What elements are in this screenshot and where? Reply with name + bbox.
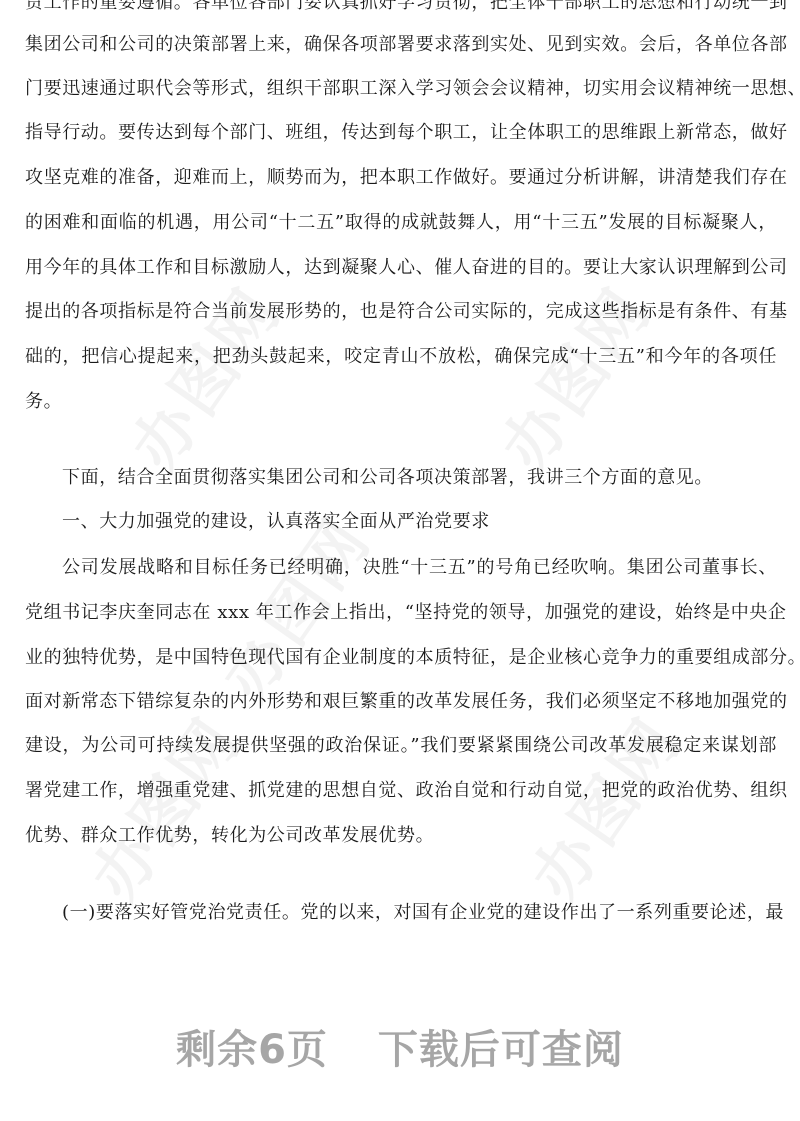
text-line: 的困难和面临的机遇，用公司“十二五”取得的成就鼓舞人，用“十三五”发展的目标凝聚… bbox=[25, 211, 777, 235]
text-line: 一、大力加强党的建设，认真落实全面从严治党要求 bbox=[62, 510, 777, 534]
text-line: 优势、群众工作优势，转化为公司改革发展优势。 bbox=[25, 824, 777, 848]
text-line: 础的，把信心提起来，把劲头鼓起来，咬定青山不放松，确保完成“十三五”和今年的各项… bbox=[25, 345, 777, 369]
text-line: 下面，结合全面贯彻落实集团公司和公司各项决策部署，我讲三个方面的意见。 bbox=[62, 466, 777, 490]
watermark: 办图网 bbox=[66, 696, 258, 916]
remaining-pages-label: 剩余6页 bbox=[176, 1018, 328, 1075]
text-line: 提出的各项指标是符合当前发展形势的，也是符合公司实际的，完成这些指标是有条件、有… bbox=[25, 300, 777, 324]
paywall-message[interactable]: 剩余6页下载后可查阅 bbox=[0, 1018, 800, 1075]
text-line: 贯工作的重要遵循。各单位各部门要认真抓好学习贯彻，把全体干部职工的思想和行动统一… bbox=[25, 0, 777, 15]
watermark: 办图网 bbox=[506, 696, 698, 916]
text-line: 业的独特优势，是中国特色现代国有企业制度的本质特征，是企业核心竞争力的重要组成部… bbox=[25, 646, 777, 670]
text-line: 建设，为公司可持续发展提供坚强的政治保证。”我们要紧紧围绕公司改革发展稳定来谋划… bbox=[25, 734, 777, 758]
text-line: 指导行动。要传达到每个部门、班组，传达到每个职工，让全体职工的思维跟上新常态，做… bbox=[25, 121, 777, 145]
text-line: 党组书记李庆奎同志在 xxx 年工作会上指出，“坚持党的领导，加强党的建设，始终… bbox=[25, 601, 777, 625]
text-line: 集团公司和公司的决策部署上来，确保各项部署要求落到实处、见到实效。会后，各单位各… bbox=[25, 33, 777, 57]
text-line: 公司发展战略和目标任务已经明确，决胜“十三五”的号角已经吹响。集团公司董事长、 bbox=[62, 556, 777, 580]
text-line: 务。 bbox=[25, 390, 777, 414]
text-line: 面对新常态下错综复杂的内外形势和艰巨繁重的改革发展任务，我们必须坚定不移地加强党… bbox=[25, 690, 777, 714]
text-line: 门要迅速通过职代会等形式，组织干部职工深入学习领会会议精神，切实用会议精神统一思… bbox=[25, 77, 777, 101]
text-line: 署党建工作，增强重党建、抓党建的思想自觉、政治自觉和行动自觉，把党的政治优势、组… bbox=[25, 779, 777, 803]
download-to-view-label: 下载后可查阅 bbox=[378, 1018, 624, 1075]
text-line: 用今年的具体工作和目标激励人，达到凝聚人心、催人奋进的目的。要让大家认识理解到公… bbox=[25, 256, 777, 280]
text-line: 攻坚克难的准备，迎难而上，顺势而为，把本职工作做好。要通过分析讲解，讲清楚我们存… bbox=[25, 166, 777, 190]
document-page: 办图网 办图网 办图网 办图网 办图网 贯工作的重要遵循。各单位各部门要认真抓好… bbox=[0, 0, 800, 1121]
text-line: (一)要落实好管党治党责任。党的以来，对国有企业党的建设作出了一系列重要论述，最 bbox=[62, 901, 777, 925]
